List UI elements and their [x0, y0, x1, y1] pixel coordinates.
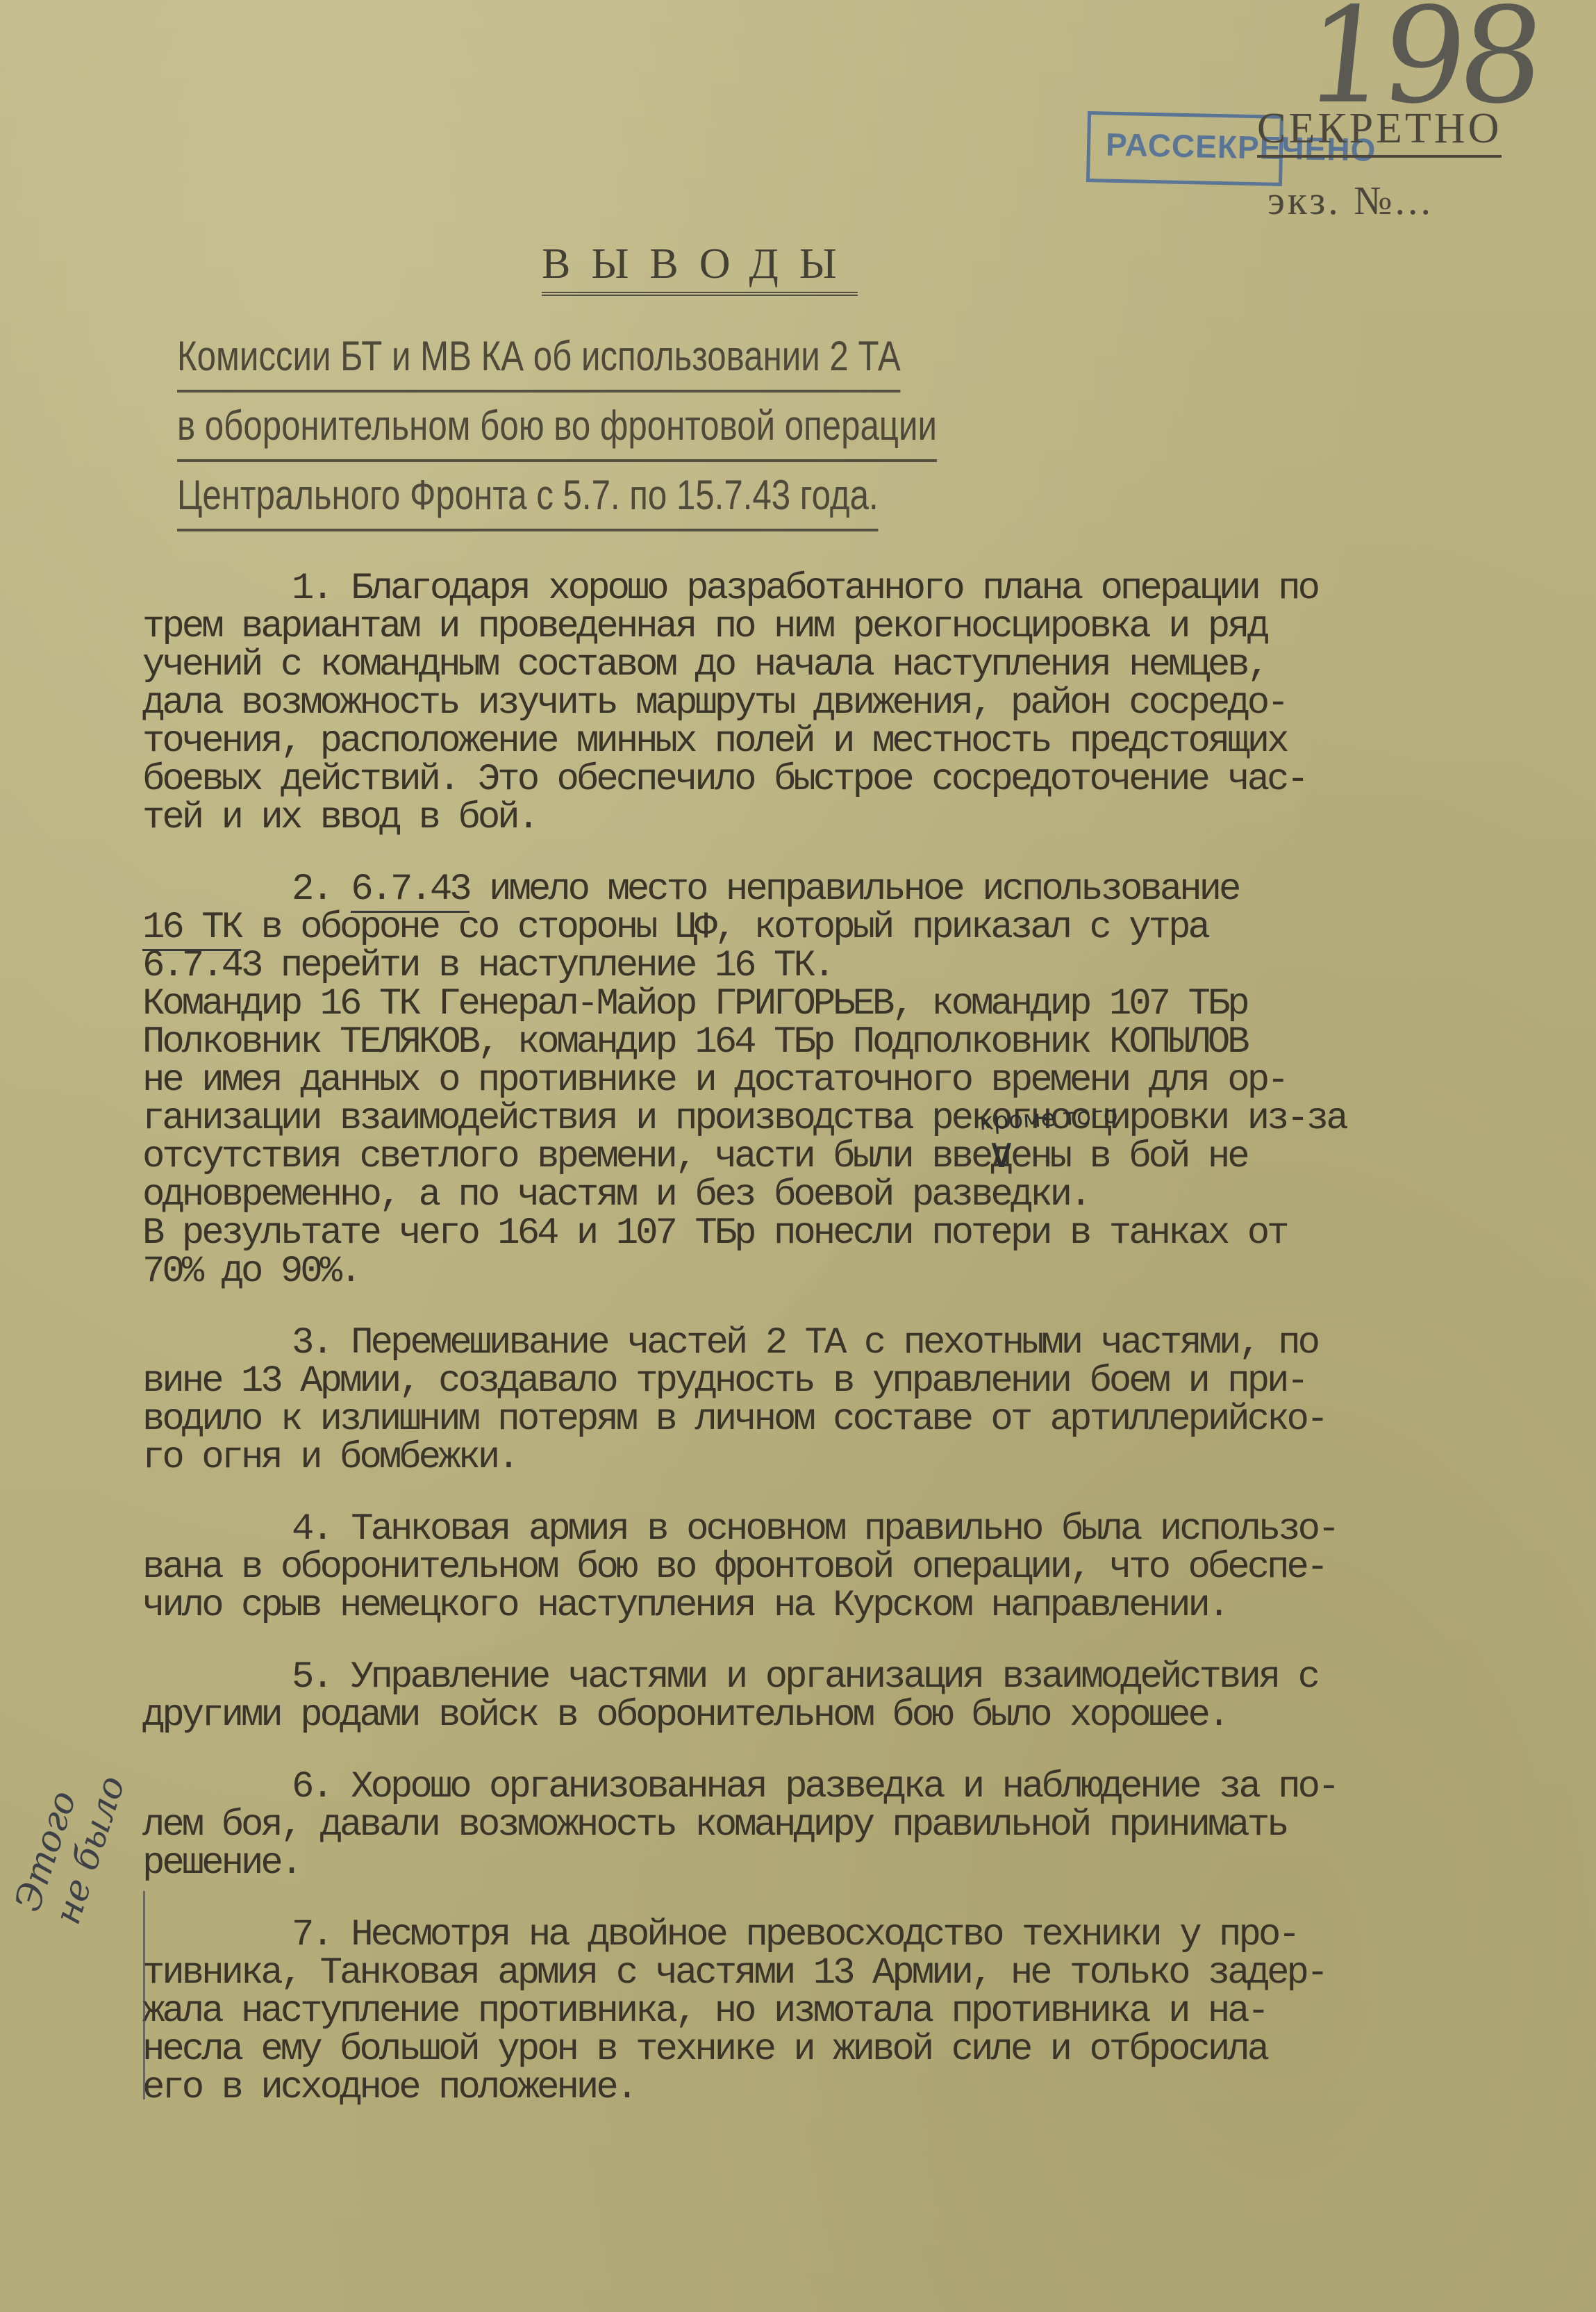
- paragraph-line: чило срыв немецкого наступления на Курск…: [142, 1587, 1559, 1625]
- paragraph-line: вана в оборонительном бою во фронтовой о…: [142, 1549, 1559, 1587]
- paragraph-line: дала возможность изучить маршруты движен…: [142, 684, 1559, 722]
- paragraph-line: трем вариантам и проведенная по ним реко…: [142, 608, 1559, 646]
- paragraph-number: 6.: [292, 1766, 331, 1808]
- margin-handwritten-note: Этого не было: [7, 1706, 151, 1929]
- paragraph-line: в обороне со стороны ЦФ, который приказа…: [260, 907, 1207, 949]
- subtitle-line: в оборонительном бою во фронтовой операц…: [177, 393, 937, 462]
- paragraph-line: 6.7.43 перейти в наступление 16 ТК.: [142, 947, 1559, 985]
- paragraph-number: 5.: [292, 1656, 331, 1699]
- document-title: ВЫВОДЫ: [542, 240, 858, 296]
- paragraph-line: тивника, Танковая армия с частями 13 Арм…: [142, 1954, 1559, 1992]
- paragraph-line: его в исходное положение.: [142, 2069, 1559, 2107]
- document-body: 1. Благодаря хорошо разработанного плана…: [142, 570, 1559, 2140]
- copy-number: экз. №...: [1267, 177, 1433, 224]
- paragraph-line: тей и их ввод в бой.: [142, 799, 1559, 837]
- paragraph-7: 7. Несмотря на двойное превосходство тех…: [142, 1916, 1559, 2107]
- paragraph-line: жала наступление противника, но измотала…: [142, 1992, 1559, 2031]
- subtitle-line: Центрального Фронта с 5.7. по 15.7.43 го…: [177, 462, 879, 531]
- paragraph-number: 4.: [292, 1508, 331, 1551]
- paragraph-line: Несмотря на двойное превосходство техник…: [351, 1914, 1297, 1956]
- paragraph-number: 2.: [292, 868, 331, 911]
- paragraph-line: лем боя, давали возможность командиру пр…: [142, 1806, 1559, 1844]
- paragraph-5: 5. Управление частями и организация взаи…: [142, 1658, 1559, 1735]
- paragraph-line: Управление частями и организация взаимод…: [351, 1656, 1317, 1699]
- paragraph-line: Танковая армия в основном правильно была…: [351, 1508, 1337, 1551]
- paragraph-6: 6. Хорошо организованная разведка и набл…: [142, 1768, 1559, 1883]
- paragraph-line: Благодаря хорошо разработанного плана оп…: [351, 568, 1317, 610]
- paragraph-line: боевых действий. Это обеспечило быстрое …: [142, 761, 1559, 799]
- subtitle-line: Комиссии БТ и МВ КА об использовании 2 Т…: [177, 323, 901, 393]
- paragraph-line: Хорошо организованная разведка и наблюде…: [351, 1766, 1337, 1808]
- paragraph-line: не имея данных о противнике и достаточно…: [142, 1062, 1559, 1100]
- paragraph-line: го огня и бомбежки.: [142, 1439, 1559, 1477]
- paragraph-line: учений с командным составом до начала на…: [142, 646, 1559, 684]
- paragraph-number: 3.: [292, 1322, 331, 1364]
- document-subtitle: Комиссии БТ и МВ КА об использовании 2 Т…: [177, 323, 1042, 531]
- paragraph-line: другими родами войск в оборонительном бо…: [142, 1696, 1559, 1735]
- paragraph-3: 3. Перемешивание частей 2 ТА с пехотными…: [142, 1324, 1559, 1477]
- paragraph-line: одновременно, а по частям и без боевой р…: [142, 1176, 1559, 1214]
- paragraph-number: 7.: [292, 1914, 331, 1956]
- paragraph-line: точения, расположение минных полей и мес…: [142, 722, 1559, 761]
- paragraph-1: 1. Благодаря хорошо разработанного плана…: [142, 570, 1559, 837]
- paragraph-2: 2. 6.7.43 имело место неправильное испол…: [142, 870, 1559, 1291]
- insertion-caret-icon: ∨: [986, 1129, 1017, 1178]
- classification-label: СЕКРЕТНО: [1257, 104, 1502, 158]
- paragraph-line: решение.: [142, 1844, 1559, 1883]
- paragraph-line: ганизации взаимодействия и производства …: [142, 1100, 1559, 1138]
- paragraph-line: вине 13 Армии, создавало трудность в упр…: [142, 1362, 1559, 1401]
- paragraph-line: отсутствия светлого времени, части были …: [142, 1138, 1559, 1176]
- paragraph-line: Перемешивание частей 2 ТА с пехотными ча…: [351, 1322, 1317, 1364]
- paragraph-number: 1.: [292, 568, 331, 610]
- paragraph-line: Командир 16 ТК Генерал-Майор ГРИГОРЬЕВ, …: [142, 985, 1559, 1023]
- paragraph-line: несла ему большой урон в технике и живой…: [142, 2031, 1559, 2069]
- paragraph-line: водило к излишним потерям в личном соста…: [142, 1401, 1559, 1439]
- paragraph-line: 70% до 90%.: [142, 1253, 1559, 1291]
- paragraph-line: В результате чего 164 и 107 ТБр понесли …: [142, 1214, 1559, 1253]
- paragraph-line: имело место неправильное использование: [489, 868, 1238, 911]
- paragraph-line: Полковник ТЕЛЯКОВ, командир 164 ТБр Подп…: [142, 1023, 1559, 1062]
- declassified-stamp: РАССЕКРЕЧЕНО: [1086, 111, 1283, 186]
- paragraph-4: 4. Танковая армия в основном правильно б…: [142, 1510, 1559, 1625]
- margin-bracket-line: [143, 1891, 145, 2099]
